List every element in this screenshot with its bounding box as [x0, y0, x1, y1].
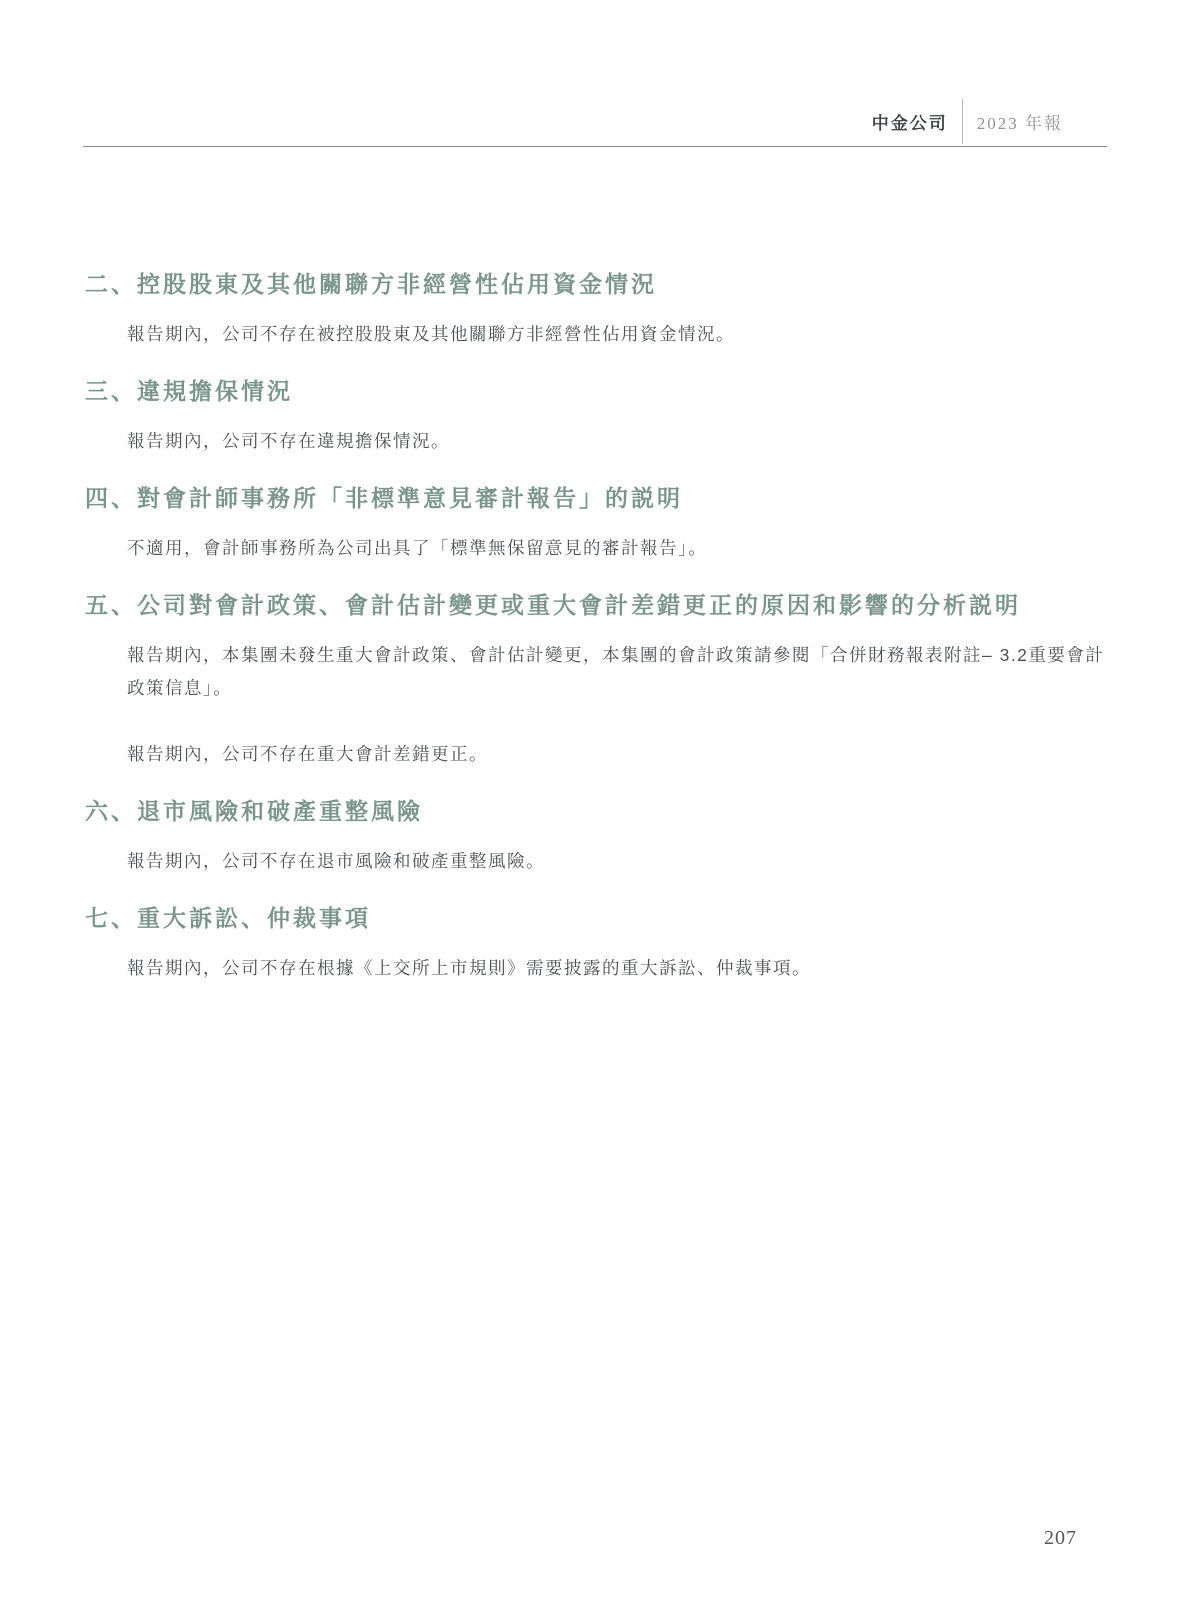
- section-3-paragraph: 報告期內，公司不存在違規擔保情況。: [127, 425, 1107, 458]
- section-5-paragraph-1: 報告期內，本集團未發生重大會計政策、會計估計變更，本集團的會計政策請參閱「合併財…: [127, 639, 1107, 705]
- page-number: 207: [1044, 1527, 1077, 1550]
- section-7-heading: 七、重大訴訟、仲裁事項: [85, 906, 1107, 930]
- section-3: 三、違規擔保情況 報告期內，公司不存在違規擔保情況。: [85, 379, 1107, 458]
- section-5-paragraph-2: 報告期內，公司不存在重大會計差錯更正。: [127, 738, 1107, 771]
- section-2-paragraph: 報告期內，公司不存在被控股股東及其他關聯方非經營性佔用資金情況。: [127, 318, 1107, 351]
- section-2: 二、控股股東及其他關聯方非經營性佔用資金情況 報告期內，公司不存在被控股股東及其…: [85, 272, 1107, 351]
- document-content: 二、控股股東及其他關聯方非經營性佔用資金情況 報告期內，公司不存在被控股股東及其…: [85, 0, 1107, 1013]
- section-7-paragraph: 報告期內，公司不存在根據《上交所上市規則》需要披露的重大訴訟、仲裁事項。: [127, 952, 1107, 985]
- section-2-heading: 二、控股股東及其他關聯方非經營性佔用資金情況: [85, 272, 1107, 296]
- section-6: 六、退市風險和破產重整風險 報告期內，公司不存在退市風險和破產重整風險。: [85, 799, 1107, 878]
- section-3-heading: 三、違規擔保情況: [85, 379, 1107, 403]
- section-4-paragraph: 不適用，會計師事務所為公司出具了「標準無保留意見的審計報告」。: [127, 532, 1107, 565]
- section-4: 四、對會計師事務所「非標準意見審計報告」的説明 不適用，會計師事務所為公司出具了…: [85, 486, 1107, 565]
- section-4-heading: 四、對會計師事務所「非標準意見審計報告」的説明: [85, 486, 1107, 510]
- section-6-heading: 六、退市風險和破產重整風險: [85, 799, 1107, 823]
- section-7: 七、重大訴訟、仲裁事項 報告期內，公司不存在根據《上交所上市規則》需要披露的重大…: [85, 906, 1107, 985]
- section-6-paragraph: 報告期內，公司不存在退市風險和破產重整風險。: [127, 845, 1107, 878]
- section-5-heading: 五、公司對會計政策、會計估計變更或重大會計差錯更正的原因和影響的分析説明: [85, 593, 1107, 617]
- section-5: 五、公司對會計政策、會計估計變更或重大會計差錯更正的原因和影響的分析説明 報告期…: [85, 593, 1107, 771]
- report-page: 中金公司 2023 年報 二、控股股東及其他關聯方非經營性佔用資金情況 報告期內…: [0, 0, 1190, 1615]
